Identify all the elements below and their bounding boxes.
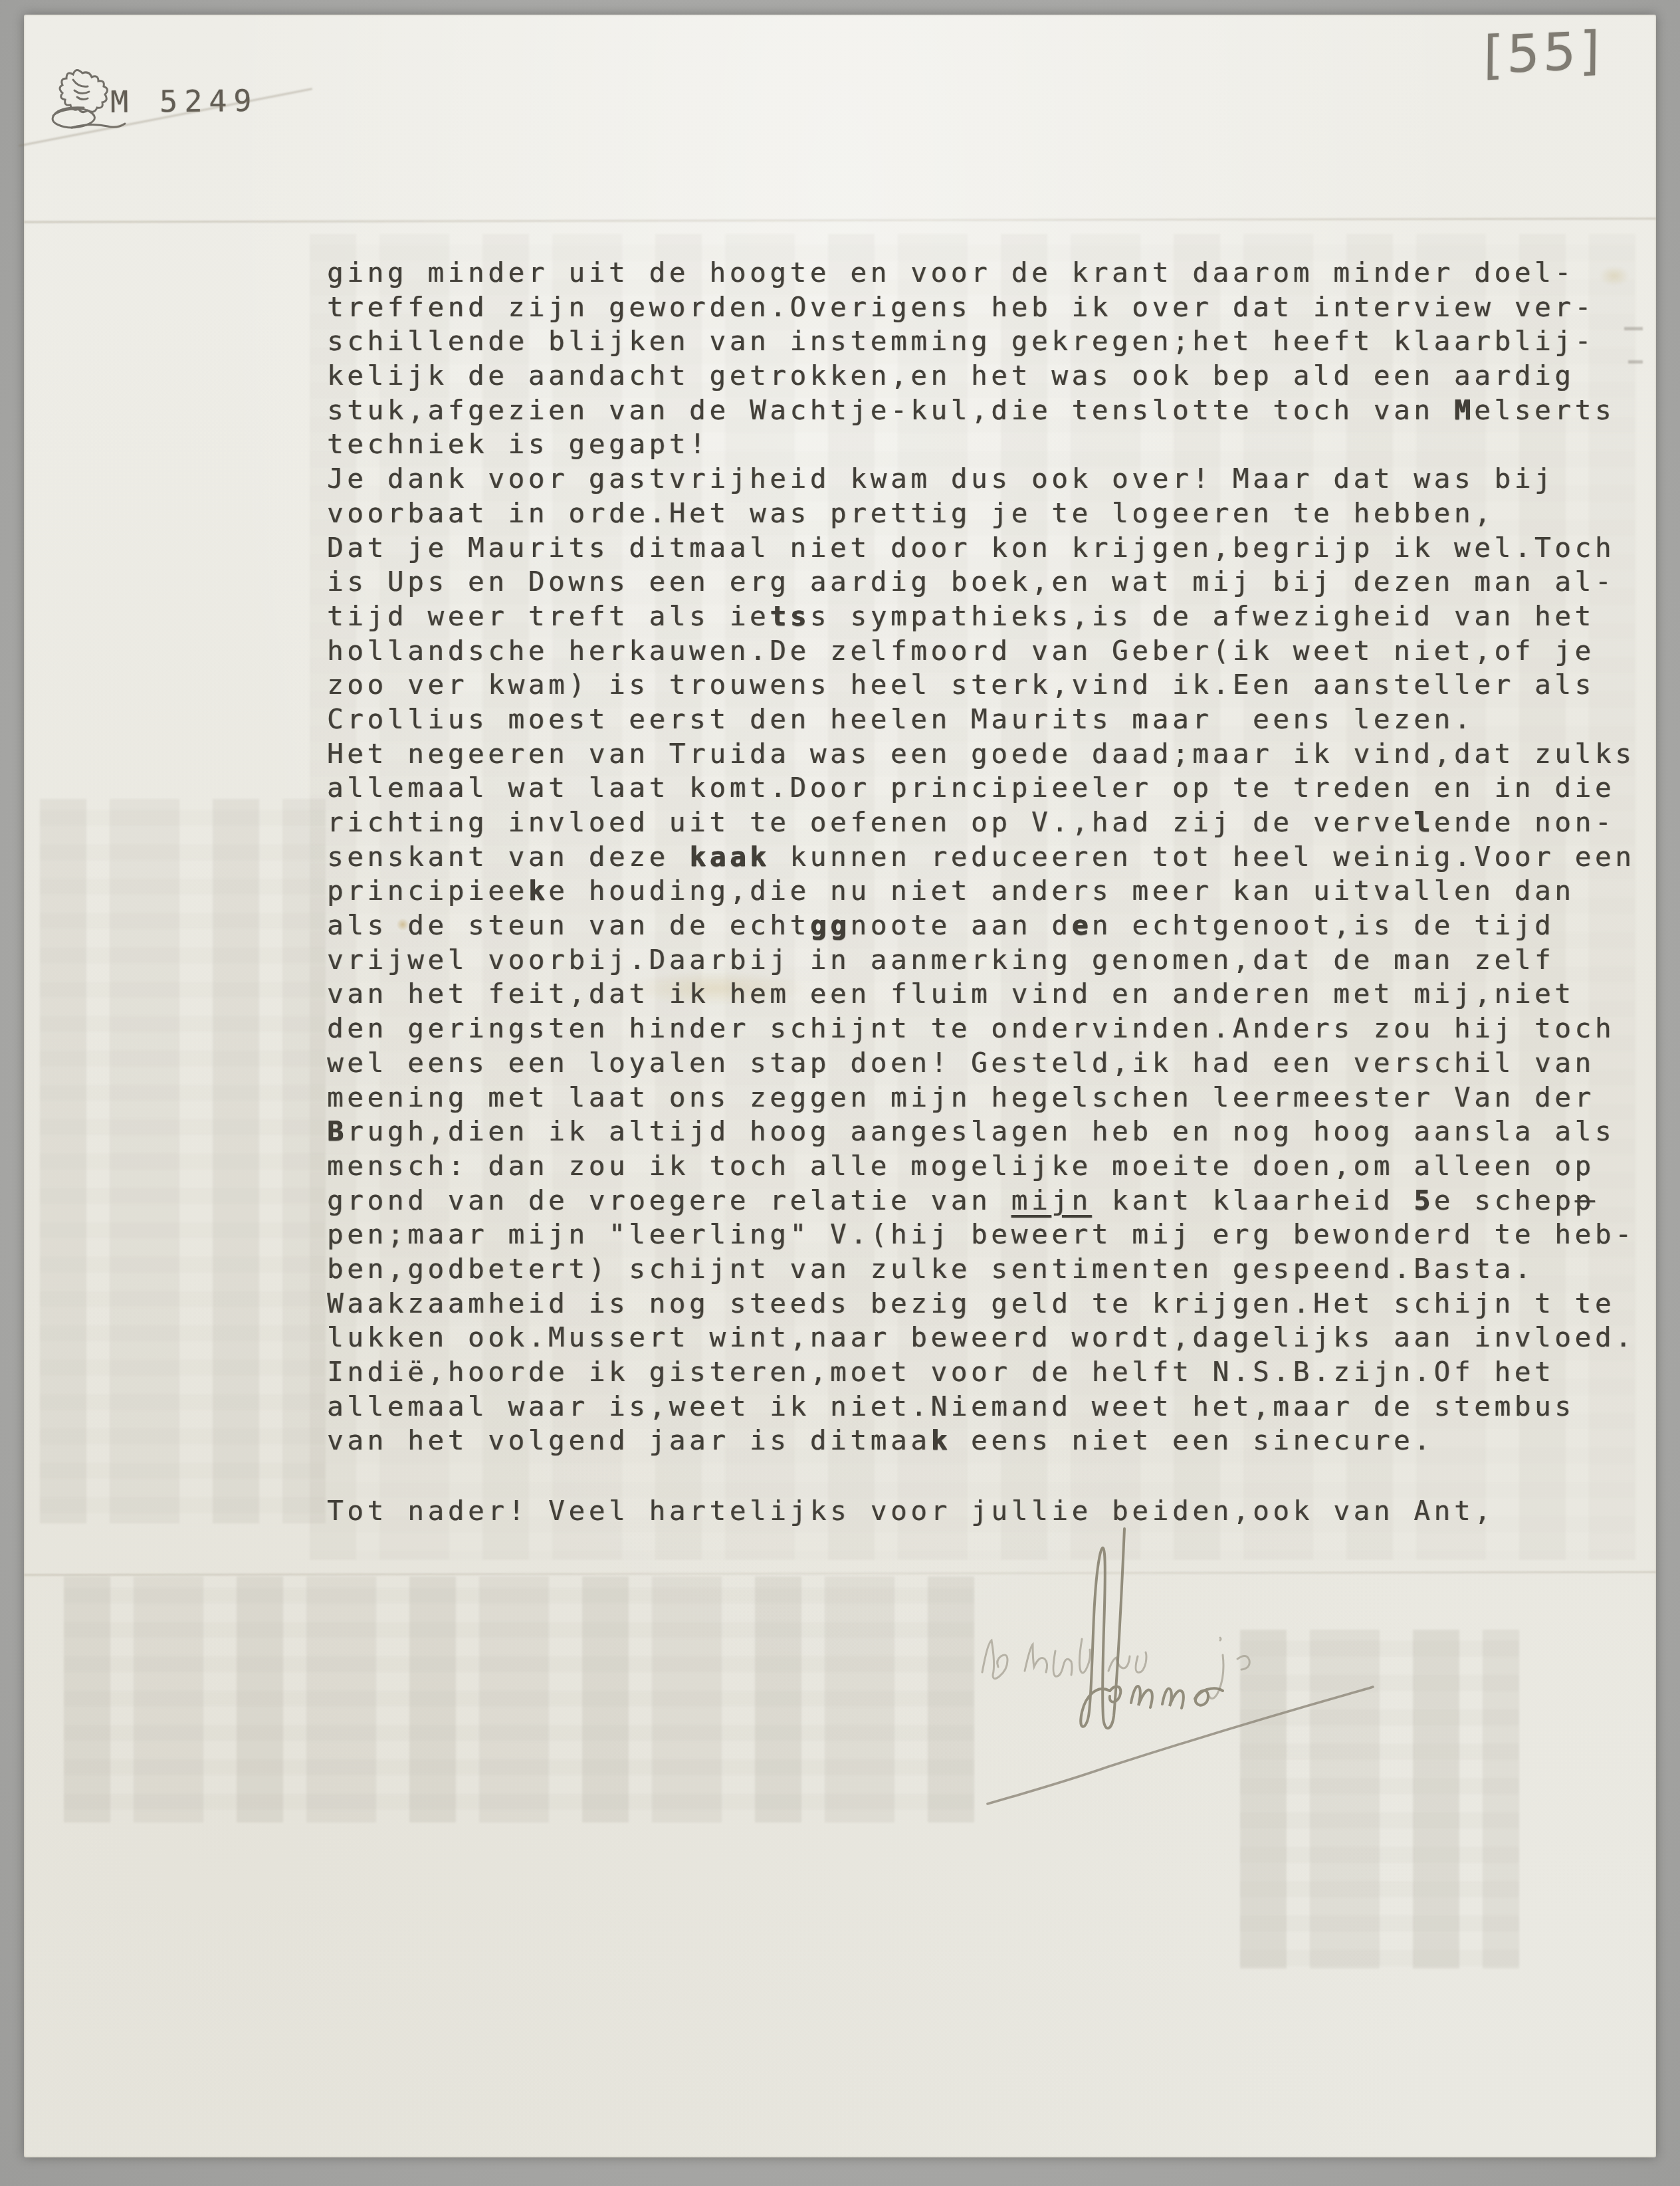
typed-line: Crollius moest eerst den heelen Maurits … [327, 703, 1649, 737]
typed-line: stuk,afgezien van de Wachtje-kul,die ten… [327, 393, 1649, 428]
bleedthrough-left-margin [40, 799, 326, 1523]
typed-line: schillende blijken van instemming gekreg… [327, 324, 1649, 359]
typed-line: den geringsten hinder schijnt te ondervi… [327, 1012, 1649, 1046]
typed-line: tijd weer treft als ietss sympathieks,is… [327, 600, 1649, 634]
signature-flourish-line [988, 1687, 1373, 1804]
bleedthrough-bottom-left [64, 1577, 974, 1822]
handwriting-block [941, 1497, 1419, 1829]
typed-line: kelijk de aandacht getrokken,en het was … [327, 359, 1649, 393]
typed-line: zoo ver kwam) is trouwens heel sterk,vin… [327, 668, 1649, 703]
typed-letter-text: ging minder uit de hoogte en voor de kra… [327, 256, 1649, 1458]
typed-line: treffend zijn geworden.Overigens heb ik … [327, 290, 1649, 325]
typed-line: richting invloed uit te oefenen op V.,ha… [327, 806, 1649, 840]
typed-line: Waakzaamheid is nog steeds bezig geld te… [327, 1287, 1649, 1321]
typed-line: meening met laat ons zeggen mijn hegelsc… [327, 1081, 1649, 1115]
typed-line: Dat je Maurits ditmaal niet door kon kri… [327, 531, 1649, 566]
typed-line: allemaal wat laat komt.Door principieele… [327, 771, 1649, 806]
typed-line: Indië,hoorde ik gisteren,moet voor de he… [327, 1355, 1649, 1390]
typed-line: lukken ook.Mussert wint,naar beweerd wor… [327, 1321, 1649, 1355]
typed-line: vrijwel voorbij.Daarbij in aanmerking ge… [327, 943, 1649, 978]
letter-page: M 5249 [55] ging minder uit de hoogte en… [24, 15, 1656, 2157]
fold-crease-top [24, 217, 1656, 223]
typed-line: techniek is gegapt! [327, 427, 1649, 462]
typed-line: Je dank voor gastvrijheid kwam dus ook o… [327, 462, 1649, 496]
typed-line: grond van de vroegere relatie van mijn k… [327, 1184, 1649, 1218]
typed-line: als de steun van de echtggnoote aan den … [327, 909, 1649, 943]
typed-line: wel eens een loyalen stap doen! Gesteld,… [327, 1046, 1649, 1081]
signature-menno [1081, 1529, 1223, 1728]
typed-line: senskant van deze kaak kunnen reduceeren… [327, 840, 1649, 875]
typed-line: principieeke houding,die nu niet anders … [327, 874, 1649, 909]
typed-line: van het volgend jaar is ditmaak eens nie… [327, 1424, 1649, 1458]
typed-line: Het negeeren van Truida was een goede da… [327, 737, 1649, 772]
typed-line: pen;maar mijn "leerling" V.(hij beweert … [327, 1218, 1649, 1252]
typed-line: hollandsche herkauwen.De zelfmoord van G… [327, 634, 1649, 669]
typed-line: Brugh,dien ik altijd hoog aangeslagen he… [327, 1115, 1649, 1149]
typed-line: ging minder uit de hoogte en voor de kra… [327, 256, 1649, 290]
typed-line: voorbaat in orde.Het was prettig je te l… [327, 496, 1649, 531]
typed-line: is Ups en Downs een erg aardig boek,en w… [327, 565, 1649, 600]
typed-line: allemaal waar is,weet ik niet.Niemand we… [327, 1390, 1649, 1424]
page-number-annotation: [55] [1483, 19, 1643, 86]
scan-background: { "scan": { "page_annotation": "[55]", "… [0, 0, 1680, 2186]
typed-line: mensch: dan zou ik toch alle mogelijke m… [327, 1149, 1649, 1184]
typed-line: ben,godbetert) schijnt van zulke sentime… [327, 1252, 1649, 1287]
typed-line: van het feit,dat ik hem een fluim vind e… [327, 977, 1649, 1012]
